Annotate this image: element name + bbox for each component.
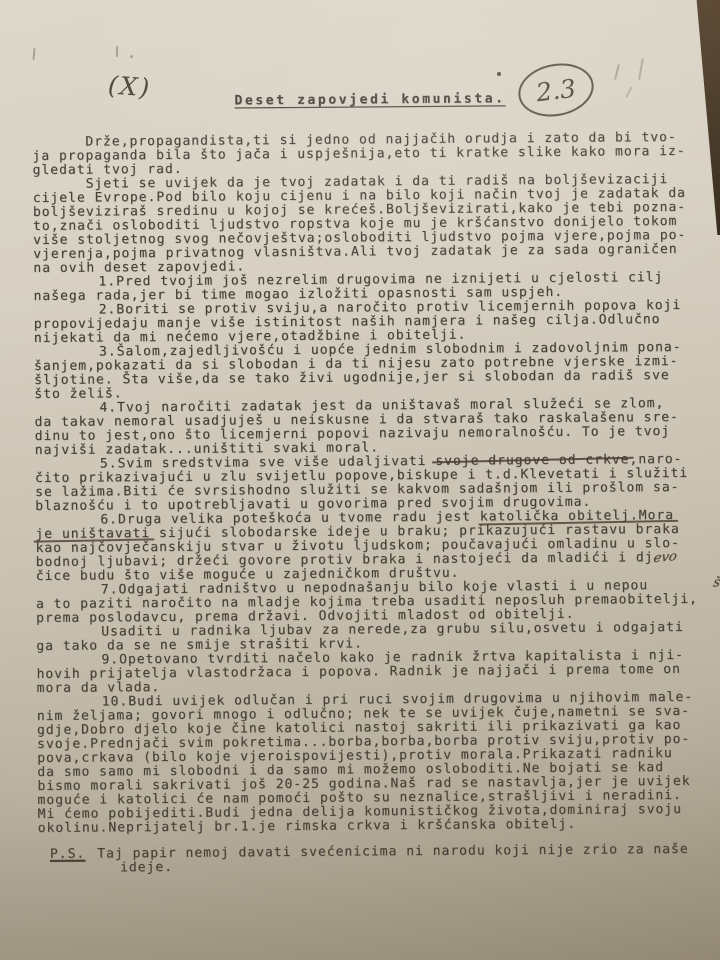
typed-line: ideje. (50, 857, 714, 876)
ps-label: P.S. (50, 847, 85, 862)
spacer (85, 848, 97, 862)
pen-script-addition: l (672, 505, 720, 526)
commandment-7: 7.Odgajati radništvo u nepodnašanju bilo… (36, 579, 712, 626)
commandment-5-rest: čito prikazivajući u zlu svijetlu popove… (35, 467, 711, 514)
commandment-10: 10.Budi uvijek odlučan i pri ruci svojim… (37, 691, 714, 836)
postscript: P.S. Taj papir nemoj davati svećenicima … (50, 843, 714, 876)
pencil-mark (130, 55, 133, 58)
pen-underlined-text: katolička obitelj.Mora (480, 508, 674, 525)
pencil-mark (614, 64, 620, 80)
paragraph-intro-1: Drže,propagandista,ti si jedno od najjač… (32, 131, 708, 178)
pencil-mark (32, 48, 35, 60)
commandment-3: 3.Šalom,zajedljivošću i uopće jednim slo… (34, 341, 710, 402)
pen-underlined-text: je uništavati (35, 526, 150, 542)
pencil-mark (638, 58, 644, 80)
typed-document: Deset zapovjedi komunista. Drže,propagan… (32, 91, 714, 876)
commandment-5: 5.Svim sredstvima sve više udaljivati sv… (35, 453, 711, 514)
commandment-9: 9.Opetovano tvrditi načelo kako je radni… (36, 649, 712, 696)
pen-struck-text: svoje drugove od crkve (435, 452, 629, 469)
commandment-4: 4.Tvoj naročiti zadatak jest da uništava… (34, 397, 710, 458)
commandment-2: 2.Boriti se protiv sviju,a naročito prot… (34, 299, 710, 346)
photo-background: (X) 2.3 Deset zapovjedi komunista. Drže,… (0, 0, 720, 960)
pencil-mark (116, 46, 118, 57)
pen-dot (497, 72, 501, 76)
commandment-6: 6.Druga velika poteškoća u tvome radu je… (35, 509, 712, 584)
pen-script-addition: evo (652, 550, 677, 566)
paragraph-intro-2: Sjeti se uvijek da je tvoj zadatak i da … (33, 173, 710, 276)
typed-line: okolinu.Neprijatelj br.1.je rimska crkva… (38, 817, 714, 836)
